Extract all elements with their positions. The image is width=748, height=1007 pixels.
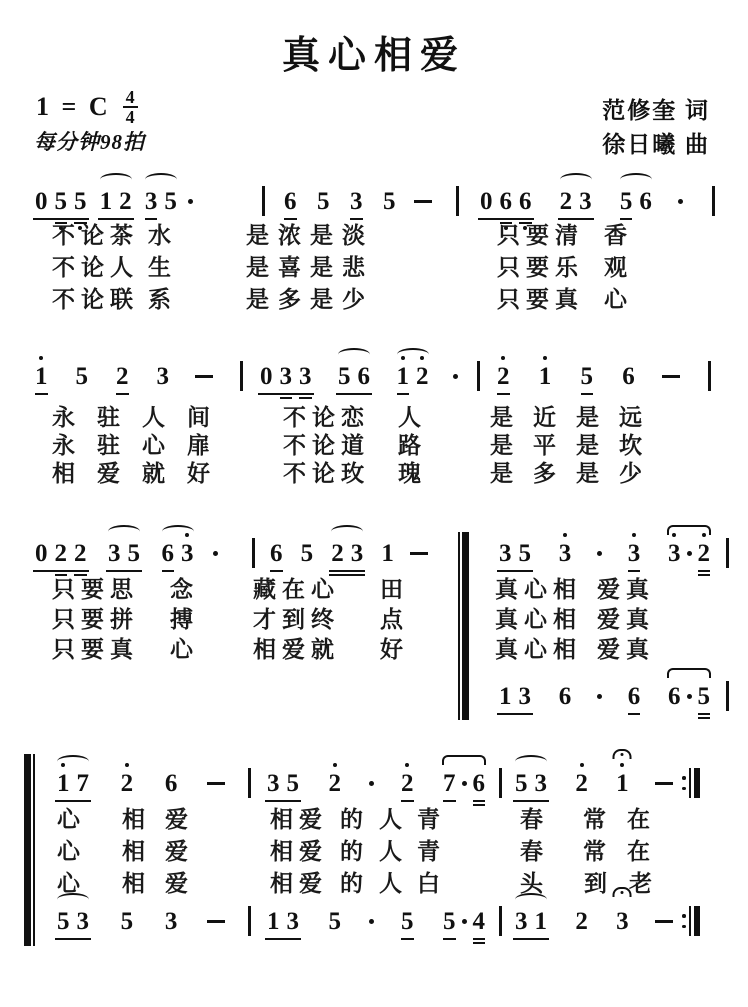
augmentation-dot — [213, 551, 218, 556]
lyric-segment: 只要清 — [497, 222, 584, 249]
repeat-dots — [682, 776, 686, 790]
note-group: 12 — [98, 188, 134, 215]
lyric-segment: 点 — [380, 606, 403, 633]
duration-underline — [401, 800, 414, 802]
measure: 135554 — [265, 908, 487, 935]
note-group: 022 — [33, 540, 89, 567]
note-digit: 0 — [34, 540, 49, 567]
beam-underline — [329, 570, 365, 572]
note: 0 — [259, 363, 274, 390]
note-digit: 3 — [627, 540, 642, 567]
note-digit: 1 — [266, 908, 281, 935]
barline — [726, 681, 729, 711]
tie-bracket — [442, 755, 486, 765]
barline — [252, 538, 255, 568]
barline — [262, 186, 265, 216]
beam-underline — [106, 570, 142, 572]
measure: 3123 — [513, 908, 673, 935]
lyric-segment: 只要拼 — [52, 606, 139, 633]
octave-dot-high — [563, 533, 567, 537]
lyric-segment: 青 — [417, 838, 440, 865]
note-group: 3 — [163, 908, 180, 935]
duration-underline — [581, 393, 594, 395]
barline — [248, 906, 251, 936]
duration-underline — [284, 218, 297, 220]
note-digit: 6 — [161, 540, 176, 567]
note: 3 — [627, 540, 642, 567]
octave-dot-high — [580, 763, 584, 767]
lyric-segment: 路 — [398, 432, 421, 459]
lyric-segment: 是浓是淡 — [246, 222, 374, 249]
note: 3 — [144, 188, 159, 215]
slur-arc — [145, 173, 177, 186]
note: 1 — [380, 540, 395, 567]
note-digit: 3 — [266, 770, 281, 797]
note-digit: 3 — [298, 363, 313, 390]
beam-underline — [336, 393, 372, 395]
note-group: 35 — [265, 770, 301, 797]
barline — [712, 186, 715, 216]
lyric-segment: 心 — [170, 636, 193, 663]
note-digit: 6 — [283, 188, 298, 215]
note-group: 5 — [399, 908, 416, 935]
lyric-segment: 相爱就 — [253, 636, 340, 663]
note-group: 53 — [513, 770, 549, 797]
note: 2 — [697, 540, 712, 567]
end-repeat-barline — [682, 906, 700, 936]
note: 0 — [34, 188, 49, 215]
tempo-marking: 每分钟98拍 — [34, 126, 145, 156]
note-digit: 6 — [164, 770, 179, 797]
note: 2 — [415, 363, 430, 390]
lyric-segment: 真心相 — [495, 576, 582, 603]
note-group: 5 — [299, 540, 316, 567]
note: 5 — [328, 908, 343, 935]
dash-note — [655, 782, 673, 785]
note-group: 65 — [666, 683, 712, 710]
note-digit: 5 — [328, 908, 343, 935]
note-group: 6 — [268, 540, 285, 567]
note-digit: 6 — [558, 683, 573, 710]
note-digit: 3 — [180, 540, 195, 567]
augmentation-dot — [678, 199, 683, 204]
duration-underline — [443, 938, 456, 940]
note: 6 — [357, 363, 372, 390]
measure: 1726 — [55, 770, 225, 797]
tie-bracket — [667, 525, 711, 535]
slur-arc — [57, 755, 89, 768]
lyric-segment: 的 — [340, 838, 363, 865]
lyric-segment: 爱 — [165, 838, 188, 865]
note-digit: 0 — [34, 188, 49, 215]
lyric-segment: 相爱 — [270, 870, 328, 897]
note: 3 — [107, 540, 122, 567]
octave-dot-high — [632, 533, 636, 537]
note: 3 — [164, 908, 179, 935]
note-digit: 1 — [99, 188, 114, 215]
note-digit: 3 — [76, 908, 91, 935]
lyric-segment: 爱真 — [597, 636, 655, 663]
note: 3 — [578, 188, 593, 215]
note-digit: 7 — [442, 770, 457, 797]
lyric-segment: 香 — [604, 222, 627, 249]
note: 3 — [667, 540, 682, 567]
note: 6 — [161, 540, 176, 567]
note: 1 — [615, 770, 630, 797]
duration-underline — [280, 397, 293, 399]
note: 2 — [574, 908, 589, 935]
barline — [240, 361, 243, 391]
note: 3 — [615, 908, 630, 935]
lyric-segment: 心 — [604, 286, 627, 313]
note-digit: 3 — [156, 363, 171, 390]
lyric-segment: 是平是坎 — [490, 432, 662, 459]
barline-thick — [24, 754, 31, 946]
note: 3 — [266, 770, 281, 797]
beam-underline — [55, 938, 91, 940]
key-label: 1 = C — [36, 92, 111, 122]
note-digit: 1 — [538, 363, 553, 390]
lyric-segment: 人 — [398, 404, 421, 431]
barline-thick — [694, 768, 700, 798]
note-group: 35 — [497, 540, 533, 567]
barline — [708, 361, 711, 391]
note: 5 — [73, 188, 88, 215]
note-digit: 3 — [578, 188, 593, 215]
note: 3 — [558, 540, 573, 567]
note-group: 76 — [441, 770, 487, 797]
duration-underline — [116, 393, 129, 395]
note-digit: 2 — [400, 770, 415, 797]
lyric-segment: 藏在心 — [253, 576, 340, 603]
note-group: 3 — [348, 188, 365, 215]
note: 3 — [279, 363, 294, 390]
duration-underline — [497, 393, 510, 395]
lyric-segment: 不论玫 — [283, 460, 370, 487]
note: 3 — [350, 540, 365, 567]
note: 3 — [298, 363, 313, 390]
note-digit: 3 — [558, 540, 573, 567]
augmentation-dot — [188, 199, 193, 204]
barline-thin — [689, 768, 691, 798]
note-digit: 6 — [518, 188, 533, 215]
note-group: 13 — [265, 908, 301, 935]
duration-underline — [698, 574, 711, 576]
octave-dot-high — [39, 356, 43, 360]
dash-note — [662, 375, 680, 378]
note-digit: 2 — [559, 188, 574, 215]
measure: 1523 — [33, 363, 213, 390]
lyric-segment: 真心相 — [495, 606, 582, 633]
note: 6 — [164, 770, 179, 797]
tie-bracket — [667, 668, 711, 678]
note: 2 — [400, 770, 415, 797]
note-group: 6 — [163, 770, 180, 797]
lyric-segment: 相 — [122, 806, 145, 833]
note-digit: 5 — [316, 188, 331, 215]
beam-underline — [98, 218, 134, 220]
duration-underline — [162, 570, 175, 572]
note: 5 — [163, 188, 178, 215]
note-digit: 1 — [498, 683, 513, 710]
lyric-segment: 不论联 — [52, 286, 139, 313]
note-group: 17 — [55, 770, 91, 797]
note-group: 32 — [666, 540, 712, 567]
lyric-segment: 不论茶 — [52, 222, 139, 249]
lyric-segment: 爱真 — [597, 576, 655, 603]
octave-dot-high — [620, 763, 624, 767]
note-digit: 0 — [479, 188, 494, 215]
note-digit: 5 — [518, 540, 533, 567]
barline-thick — [462, 532, 469, 720]
note: 2 — [120, 770, 135, 797]
note-digit: 2 — [118, 188, 133, 215]
duration-underline — [473, 800, 486, 802]
lyric-segment: 相爱就好 — [52, 460, 232, 487]
dash-note — [207, 782, 225, 785]
note: 2 — [330, 540, 345, 567]
note-group: 23 — [558, 188, 594, 215]
lyric-segment: 是多是少 — [246, 286, 374, 313]
note: 5 — [127, 540, 142, 567]
note: 5 — [120, 908, 135, 935]
augmentation-dot — [687, 694, 692, 699]
slur-arc — [338, 348, 370, 361]
note-group: 3 — [557, 540, 574, 567]
lyric-segment: 老 — [629, 870, 652, 897]
barline-thin — [33, 754, 35, 946]
octave-dot-high — [501, 356, 505, 360]
note: 5 — [514, 770, 529, 797]
lyric-segment: 到 — [584, 870, 607, 897]
note-digit: 5 — [400, 908, 415, 935]
note-digit: 5 — [580, 363, 595, 390]
lyric-segment: 心 — [57, 870, 80, 897]
note-digit: 3 — [498, 540, 513, 567]
note-digit: 6 — [499, 188, 514, 215]
note-group: 1 — [379, 540, 396, 567]
note-digit: 5 — [286, 770, 301, 797]
fermata-icon — [613, 749, 632, 759]
note-digit: 6 — [667, 683, 682, 710]
note: 5 — [286, 770, 301, 797]
note-group: 1 — [614, 770, 631, 797]
note: 3 — [534, 770, 549, 797]
lyric-segment: 青 — [417, 806, 440, 833]
key-signature: 1 = C 4 4 — [36, 88, 138, 126]
slur-arc — [620, 173, 652, 186]
beam-underline — [513, 938, 549, 940]
lyric-segment: 不论恋 — [283, 404, 370, 431]
lyric-segment: 好 — [380, 636, 403, 663]
duration-underline — [350, 218, 363, 220]
note-group: 6 — [282, 188, 299, 215]
slur-arc — [100, 173, 132, 186]
measure: 2156 — [495, 363, 680, 390]
note-digit: 2 — [574, 908, 589, 935]
lyric-segment: 系 — [148, 286, 171, 313]
augmentation-dot — [369, 781, 374, 786]
note-digit: 7 — [76, 770, 91, 797]
note: 5 — [54, 188, 69, 215]
note-digit: 3 — [534, 770, 549, 797]
end-repeat-barline — [682, 768, 700, 798]
note-digit: 1 — [56, 770, 71, 797]
note: 3 — [498, 540, 513, 567]
beam-underline — [265, 800, 301, 802]
measure: 5353 — [55, 908, 225, 935]
note-group: 3 — [626, 540, 643, 567]
note-group: 6 — [620, 363, 637, 390]
note-digit: 5 — [697, 683, 712, 710]
note: 3 — [514, 908, 529, 935]
beam-underline — [558, 218, 594, 220]
lyric-segment: 的 — [340, 870, 363, 897]
note: 6 — [667, 683, 682, 710]
note-digit: 3 — [615, 908, 630, 935]
duration-underline — [145, 218, 158, 220]
beam-underline — [513, 800, 549, 802]
note: 5 — [442, 908, 457, 935]
lyric-segment: 田 — [380, 576, 403, 603]
barline-thick — [694, 906, 700, 936]
note-group: 5 — [381, 188, 398, 215]
augmentation-dot — [597, 551, 602, 556]
note: 5 — [518, 540, 533, 567]
lyric-segment: 是喜是悲 — [246, 254, 374, 281]
octave-dot-high — [333, 763, 337, 767]
note: 4 — [472, 908, 487, 935]
lyric-segment: 的 — [340, 806, 363, 833]
note-digit: 2 — [496, 363, 511, 390]
beam-underline — [478, 218, 534, 220]
note: 3 — [156, 363, 171, 390]
note-digit: 5 — [75, 363, 90, 390]
note: 6 — [472, 770, 487, 797]
note: 5 — [300, 540, 315, 567]
note: 1 — [498, 683, 513, 710]
note-group: 35 — [106, 540, 142, 567]
composer-credit: 徐日曦 曲 — [602, 126, 710, 159]
lyric-segment: 是近是远 — [490, 404, 662, 431]
note-group: 5 — [315, 188, 332, 215]
note-group: 6 — [557, 683, 574, 710]
note-digit: 1 — [34, 363, 49, 390]
note: 1 — [34, 363, 49, 390]
lyric-segment: 永驻心扉 — [52, 432, 232, 459]
note-digit: 5 — [163, 188, 178, 215]
lyric-segment: 白 — [417, 870, 440, 897]
note-group: 12 — [395, 363, 431, 390]
time-signature-bottom: 4 — [123, 108, 138, 126]
dash-note — [195, 375, 213, 378]
note: 6 — [283, 188, 298, 215]
lyric-segment: 春 — [520, 806, 543, 833]
note-group: 1 — [33, 363, 50, 390]
note: 6 — [518, 188, 533, 215]
note-group: 2 — [573, 770, 590, 797]
note-digit: 2 — [120, 770, 135, 797]
note-group: 2 — [495, 363, 512, 390]
note: 5 — [337, 363, 352, 390]
barline — [499, 906, 502, 936]
note-digit: 0 — [259, 363, 274, 390]
augmentation-dot — [369, 919, 374, 924]
note-digit: 1 — [396, 363, 411, 390]
duration-underline — [299, 397, 312, 399]
note: 3 — [518, 683, 533, 710]
note: 6 — [499, 188, 514, 215]
measure: 65231 — [268, 540, 428, 567]
measure: 136665 — [497, 683, 712, 710]
lyric-segment: 是多是少 — [490, 460, 662, 487]
duration-underline — [35, 393, 48, 395]
note-group: 2 — [119, 770, 136, 797]
duration-underline — [397, 393, 410, 395]
note: 5 — [619, 188, 634, 215]
note-digit: 2 — [54, 540, 69, 567]
lyric-segment: 爱真 — [597, 606, 655, 633]
barline — [499, 768, 502, 798]
beam-underline — [33, 570, 89, 572]
note-digit: 5 — [56, 908, 71, 935]
note-digit: 3 — [286, 908, 301, 935]
note: 0 — [34, 540, 49, 567]
lyric-segment: 不论人 — [52, 254, 139, 281]
note-group: 23 — [329, 540, 365, 567]
note-group: 35 — [143, 188, 179, 215]
measure: 0551235 — [33, 188, 193, 215]
duration-underline — [473, 938, 486, 940]
note-group: 56 — [336, 363, 372, 390]
duration-underline — [620, 218, 633, 220]
note-digit: 1 — [534, 908, 549, 935]
note: 6 — [638, 188, 653, 215]
note-digit: 6 — [638, 188, 653, 215]
note-digit: 3 — [279, 363, 294, 390]
octave-dot-high — [125, 763, 129, 767]
measure: 0223563 — [33, 540, 218, 567]
duration-underline — [698, 713, 711, 715]
note: 6 — [269, 540, 284, 567]
note: 2 — [574, 770, 589, 797]
note-group: 13 — [497, 683, 533, 710]
note: 6 — [621, 363, 636, 390]
note-group: 033 — [258, 363, 314, 390]
note-digit: 5 — [54, 188, 69, 215]
duration-underline — [473, 942, 486, 944]
note: 5 — [382, 188, 397, 215]
note: 6 — [558, 683, 573, 710]
augmentation-dot — [462, 781, 467, 786]
lyric-segment: 不论道 — [283, 432, 370, 459]
lyric-segment: 在 — [627, 806, 650, 833]
note: 3 — [349, 188, 364, 215]
note-group: 31 — [513, 908, 549, 935]
duration-underline — [401, 938, 414, 940]
barline-thin — [689, 906, 691, 936]
note: 1 — [99, 188, 114, 215]
note-group: 5 — [327, 908, 344, 935]
lyric-segment: 只要思 — [52, 576, 139, 603]
note-digit: 5 — [337, 363, 352, 390]
note-digit: 6 — [269, 540, 284, 567]
note-digit: 4 — [472, 908, 487, 935]
note-group: 066 — [478, 188, 534, 215]
note: 1 — [396, 363, 411, 390]
note: 5 — [697, 683, 712, 710]
barline — [456, 186, 459, 216]
